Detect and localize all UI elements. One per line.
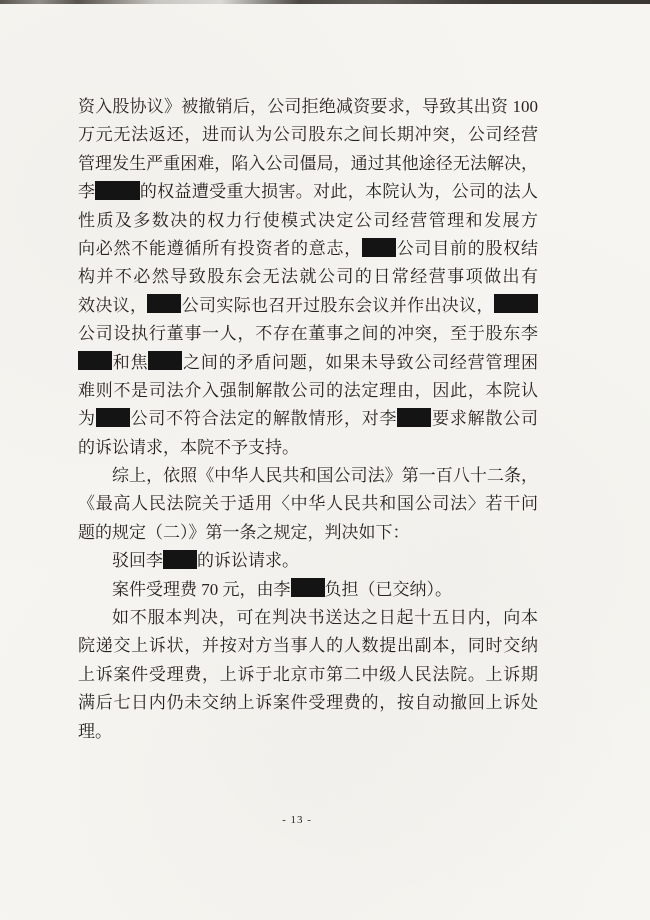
text-segment: 之间的矛盾问题，如果未导致公司经营管理困 bbox=[182, 353, 538, 372]
text-segment: 《最高人民法院关于适用〈中华人民共和国公司法〉若干问 bbox=[78, 494, 538, 513]
text-segment: 的权益遭受重大损害。对此，本院认为，公司的法人 bbox=[140, 182, 538, 201]
text-segment: 向必然不能遵循所有投资者的意志， bbox=[78, 239, 362, 258]
text-line: 如不服本判决，可在判决书送达之日起十五日内，向本 bbox=[78, 604, 538, 632]
text-line: 上诉案件受理费，上诉于北京市第二中级人民法院。上诉期 bbox=[78, 661, 538, 689]
judgment-body: 资入股协议》被撤销后，公司拒绝减资要求，导致其出资 100万元无法返还，进而认为… bbox=[78, 93, 538, 746]
text-line: 的诉讼请求，本院不予支持。 bbox=[78, 434, 538, 462]
paragraph: 综上，依照《中华人民共和国公司法》第一百八十二条，《最高人民法院关于适用〈中华人… bbox=[78, 462, 538, 547]
text-segment: 效决议， bbox=[78, 296, 147, 315]
text-segment: 理。 bbox=[78, 722, 112, 741]
redaction-box bbox=[95, 181, 139, 200]
redaction-box bbox=[362, 238, 396, 257]
text-line: 《最高人民法院关于适用〈中华人民共和国公司法〉若干问 bbox=[78, 490, 538, 518]
text-line: 资入股协议》被撤销后，公司拒绝减资要求，导致其出资 100 bbox=[78, 93, 538, 121]
text-line: 效决议，公司实际也召开过股东会议并作出决议， bbox=[78, 292, 538, 320]
text-line: 院递交上诉状，并按对方当事人的人数提出副本，同时交纳 bbox=[78, 632, 538, 660]
redaction-box bbox=[494, 294, 538, 313]
text-segment: 公司实际也召开过股东会议并作出决议， bbox=[181, 296, 493, 315]
text-line: 题的规定（二）》第一条之规定，判决如下： bbox=[78, 519, 538, 547]
text-segment: 为 bbox=[78, 409, 96, 428]
text-line: 为公司不符合法定的解散情形，对李要求解散公司 bbox=[78, 405, 538, 433]
redaction-box bbox=[291, 578, 325, 597]
text-segment: 如不服本判决，可在判决书送达之日起十五日内，向本 bbox=[112, 608, 538, 627]
text-segment: 难则不是司法介入强制解散公司的法定理由，因此，本院认 bbox=[78, 381, 538, 400]
text-line: 案件受理费 70 元，由李负担（已交纳）。 bbox=[78, 576, 538, 604]
text-segment: 院递交上诉状，并按对方当事人的人数提出副本，同时交纳 bbox=[78, 636, 538, 655]
text-segment: 构并不必然导致股东会无法就公司的日常经营事项做出有 bbox=[78, 267, 538, 286]
text-line: 构并不必然导致股东会无法就公司的日常经营事项做出有 bbox=[78, 263, 538, 291]
text-segment: 题的规定（二）》第一条之规定，判决如下： bbox=[78, 523, 410, 542]
paragraph: 如不服本判决，可在判决书送达之日起十五日内，向本院递交上诉状，并按对方当事人的人… bbox=[78, 604, 538, 746]
text-line: 综上，依照《中华人民共和国公司法》第一百八十二条， bbox=[78, 462, 538, 490]
redaction-box bbox=[147, 294, 181, 313]
text-segment: 满后七日内仍未交纳上诉案件受理费的，按自动撤回上诉处 bbox=[78, 693, 538, 712]
paragraph: 驳回李的诉讼请求。 bbox=[78, 547, 538, 575]
page-footer: - 13 - bbox=[78, 814, 538, 826]
text-segment: 资入股协议》被撤销后，公司拒绝减资要求，导致其出资 100 bbox=[78, 97, 538, 116]
text-segment: 公司设执行董事一人，不存在董事之间的冲突，至于股东李 bbox=[78, 324, 538, 343]
scanned-judgment-page: 资入股协议》被撤销后，公司拒绝减资要求，导致其出资 100万元无法返还，进而认为… bbox=[0, 0, 650, 920]
text-line: 性质及多数决的权力行使模式决定公司经营管理和发展方 bbox=[78, 207, 538, 235]
text-segment: 李 bbox=[78, 182, 95, 201]
text-line: 公司设执行董事一人，不存在董事之间的冲突，至于股东李 bbox=[78, 320, 538, 348]
redaction-box bbox=[163, 550, 197, 569]
text-line: 满后七日内仍未交纳上诉案件受理费的，按自动撤回上诉处 bbox=[78, 689, 538, 717]
text-segment: 和焦 bbox=[112, 353, 148, 372]
text-line: 向必然不能遵循所有投资者的意志，公司目前的股权结 bbox=[78, 235, 538, 263]
text-line: 驳回李的诉讼请求。 bbox=[78, 547, 538, 575]
text-segment: 管理发生严重困难，陷入公司僵局，通过其他途径无法解决， bbox=[78, 154, 538, 173]
redaction-box bbox=[96, 408, 130, 427]
redaction-box bbox=[397, 408, 431, 427]
text-line: 管理发生严重困难，陷入公司僵局，通过其他途径无法解决， bbox=[78, 150, 538, 178]
text-segment: 的诉讼请求，本院不予支持。 bbox=[78, 438, 299, 457]
text-segment: 公司目前的股权结 bbox=[396, 239, 538, 258]
text-segment: 综上，依照《中华人民共和国公司法》第一百八十二条， bbox=[112, 466, 538, 485]
text-line: 理。 bbox=[78, 718, 538, 746]
text-line: 难则不是司法介入强制解散公司的法定理由，因此，本院认 bbox=[78, 377, 538, 405]
page-number: - 13 - bbox=[282, 814, 312, 826]
text-segment: 性质及多数决的权力行使模式决定公司经营管理和发展方 bbox=[78, 211, 538, 230]
text-segment: 案件受理费 70 元，由李 bbox=[112, 580, 291, 599]
text-segment: 的诉讼请求。 bbox=[197, 551, 299, 570]
text-segment: 上诉案件受理费，上诉于北京市第二中级人民法院。上诉期 bbox=[78, 665, 538, 684]
text-line: 李的权益遭受重大损害。对此，本院认为，公司的法人 bbox=[78, 178, 538, 206]
paragraph: 资入股协议》被撤销后，公司拒绝减资要求，导致其出资 100万元无法返还，进而认为… bbox=[78, 93, 538, 462]
text-line: 万元无法返还，进而认为公司股东之间长期冲突，公司经营 bbox=[78, 121, 538, 149]
redaction-box bbox=[148, 351, 182, 370]
text-segment: 负担（已交纳）。 bbox=[325, 580, 453, 599]
text-segment: 万元无法返还，进而认为公司股东之间长期冲突，公司经营 bbox=[78, 125, 538, 144]
scan-edge-artifact bbox=[0, 0, 650, 4]
text-segment: 公司不符合法定的解散情形，对李 bbox=[130, 409, 398, 428]
text-segment: 要求解散公司 bbox=[431, 409, 538, 428]
paragraph: 案件受理费 70 元，由李负担（已交纳）。 bbox=[78, 576, 538, 604]
redaction-box bbox=[78, 351, 112, 370]
text-segment: 驳回李 bbox=[112, 551, 163, 570]
text-line: 和焦之间的矛盾问题，如果未导致公司经营管理困 bbox=[78, 349, 538, 377]
